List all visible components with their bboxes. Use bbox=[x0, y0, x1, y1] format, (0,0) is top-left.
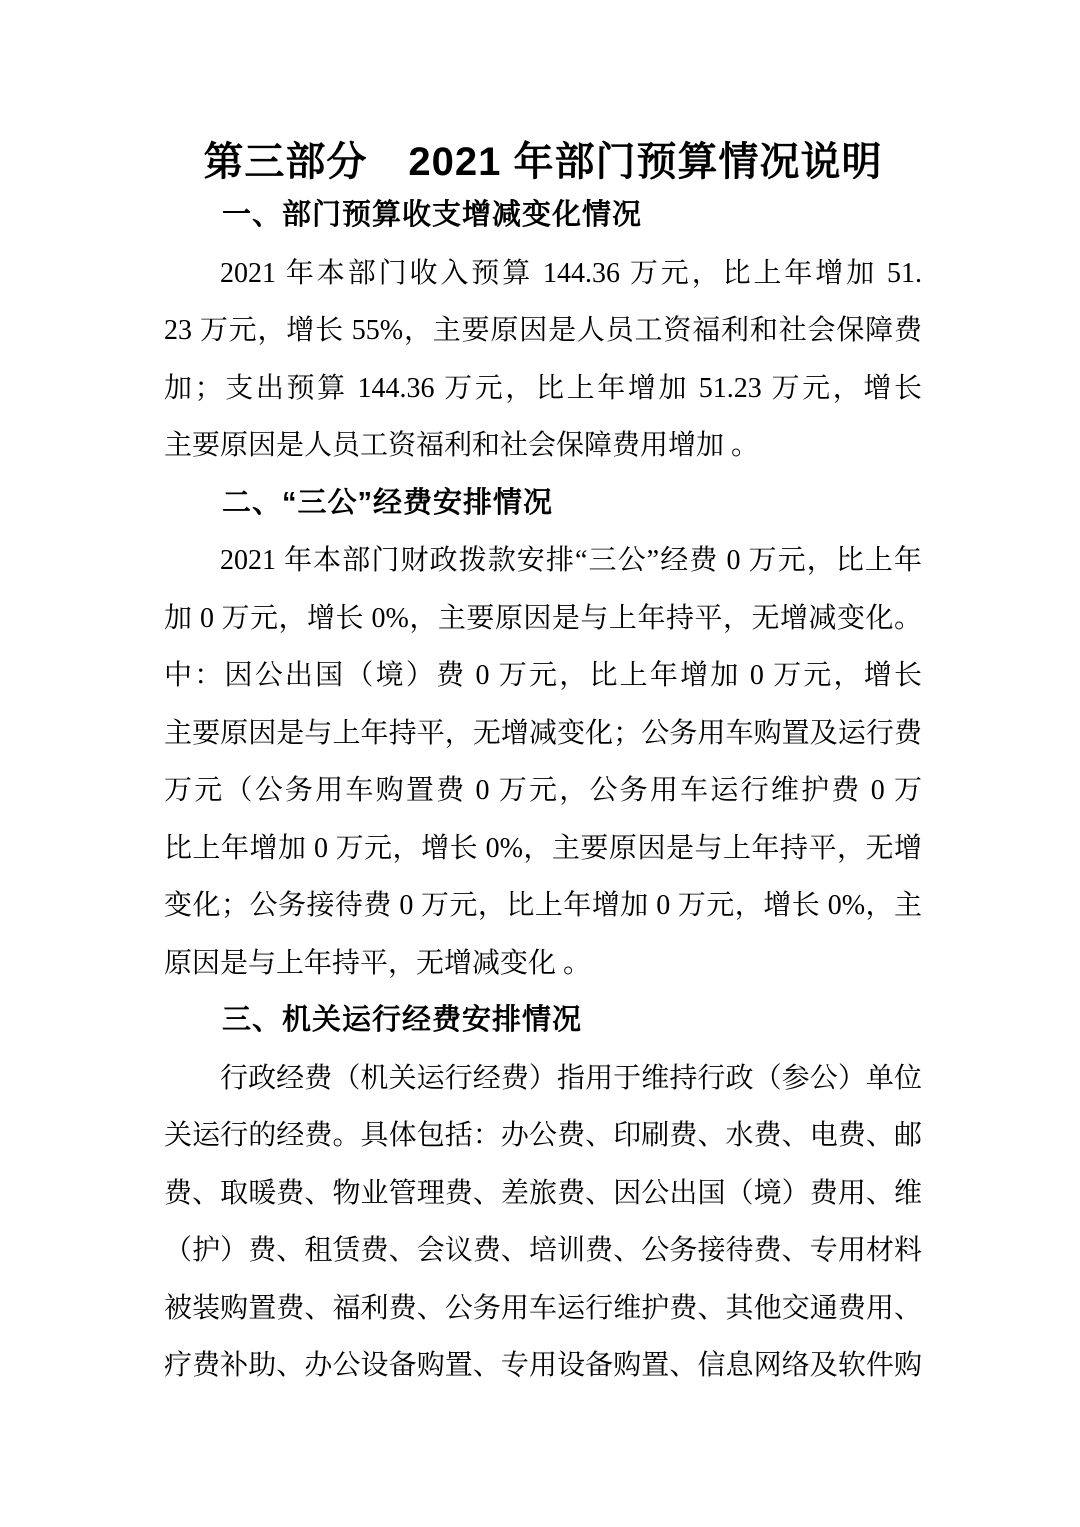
section-operating-expenses: 三、机关运行经费安排情况 行政经费（机关运行经费）指用于维持行政（参公）单位机 … bbox=[164, 992, 922, 1395]
section-3-paragraph: 行政经费（机关运行经费）指用于维持行政（参公）单位机 关运行的经费。具体包括：办… bbox=[164, 1050, 922, 1395]
body-line: 费、取暖费、物业管理费、差旅费、因公出国（境）费用、维修 bbox=[164, 1165, 922, 1223]
body-line: 23 万元，增长 55%，主要原因是人员工资福利和社会保障费用增 bbox=[164, 302, 922, 360]
document-title: 第三部分 2021 年部门预算情况说明 bbox=[164, 137, 922, 187]
body-line: 行政经费（机关运行经费）指用于维持行政（参公）单位机 bbox=[164, 1050, 922, 1108]
body-line: 原因是与上年持平，无增减变化 。 bbox=[164, 935, 922, 993]
body-line: 中：因公出国（境）费 0 万元，比上年增加 0 万元，增长 0%， bbox=[164, 647, 922, 705]
section-budget-changes: 一、部门预算收支增减变化情况 2021 年本部门收入预算 144.36 万元，比… bbox=[164, 187, 922, 475]
section-2-paragraph: 2021 年本部门财政拨款安排“三公”经费 0 万元，比上年增 加 0 万元，增… bbox=[164, 532, 922, 992]
body-line: 关运行的经费。具体包括：办公费、印刷费、水费、电费、邮电 bbox=[164, 1107, 922, 1165]
section-three-public-expenses: 二、“三公”经费安排情况 2021 年本部门财政拨款安排“三公”经费 0 万元，… bbox=[164, 475, 922, 993]
body-line: 比上年增加 0 万元，增长 0%，主要原因是与上年持平，无增减 bbox=[164, 820, 922, 878]
body-line: 万元（公务用车购置费 0 万元，公务用车运行维护费 0 万元）， bbox=[164, 762, 922, 820]
body-line: 主要原因是与上年持平，无增减变化；公务用车购置及运行费 0 bbox=[164, 705, 922, 763]
body-line: 2021 年本部门财政拨款安排“三公”经费 0 万元，比上年增 bbox=[164, 532, 922, 590]
body-line: 2021 年本部门收入预算 144.36 万元，比上年增加 51. bbox=[164, 245, 922, 303]
body-line: 加 0 万元，增长 0%，主要原因是与上年持平，无增减变化。其 bbox=[164, 590, 922, 648]
section-3-heading: 三、机关运行经费安排情况 bbox=[164, 992, 922, 1050]
body-line: 加；支出预算 144.36 万元，比上年增加 51.23 万元，增长 55%， bbox=[164, 360, 922, 418]
section-1-paragraph: 2021 年本部门收入预算 144.36 万元，比上年增加 51. 23 万元，… bbox=[164, 245, 922, 475]
body-line: 主要原因是人员工资福利和社会保障费用增加 。 bbox=[164, 417, 922, 475]
body-line: 被装购置费、福利费、公务用车运行维护费、其他交通费用、医 bbox=[164, 1280, 922, 1338]
document-page: 第三部分 2021 年部门预算情况说明 一、部门预算收支增减变化情况 2021 … bbox=[0, 0, 1080, 1527]
body-line: 变化；公务接待费 0 万元，比上年增加 0 万元，增长 0%，主要 bbox=[164, 877, 922, 935]
body-line: 疗费补助、办公设备购置、专用设备购置、信息网络及软件购置 bbox=[164, 1337, 922, 1395]
body-line: （护）费、租赁费、会议费、培训费、公务接待费、专用材料费、 bbox=[164, 1222, 922, 1280]
section-2-heading: 二、“三公”经费安排情况 bbox=[164, 475, 922, 533]
section-1-heading: 一、部门预算收支增减变化情况 bbox=[164, 187, 922, 245]
